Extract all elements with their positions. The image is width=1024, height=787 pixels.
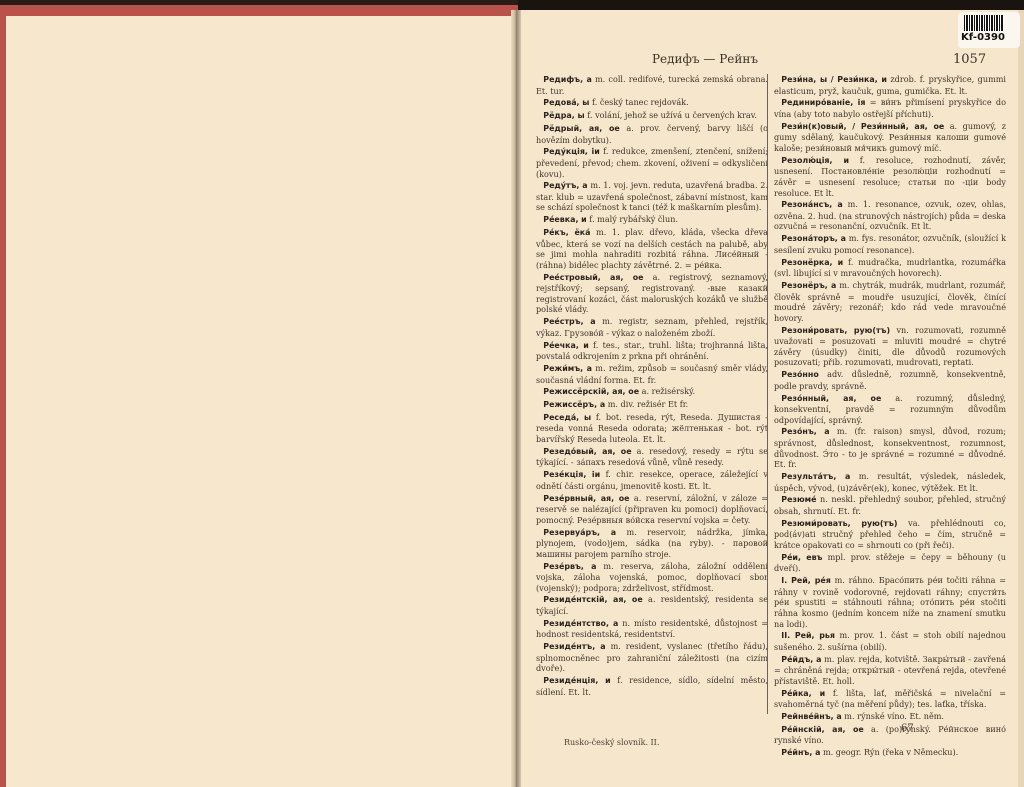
dictionary-entry: Резиде́нтскій, ая, ое a. residentský, re…	[536, 594, 768, 616]
running-head: Редифъ — Рейнъ	[605, 52, 805, 66]
left-blank-page	[6, 16, 511, 787]
headword: Ре́евка, и	[543, 215, 586, 224]
headword: Режиссёрскій, ая, ое	[543, 387, 639, 396]
dictionary-entry: Рёдрый, ая, ое a. prov. červený, barvy l…	[536, 123, 768, 145]
headword: Резюми́ровать, рую(тъ)	[781, 519, 897, 528]
signature-mark: 67	[901, 723, 914, 734]
headword: Резиде́нтъ, а	[543, 642, 605, 651]
headword: Рее́стровый, ая, ое	[543, 273, 643, 282]
dictionary-entry: Резюме́ n. neskl. přehledný soubor, přeh…	[774, 494, 1006, 516]
dictionary-entry: Ре́евка, и f. malý rybářský člun.	[536, 214, 768, 226]
dictionary-entry: Редифъ, а m. coll. redifové, turecká zem…	[536, 74, 768, 96]
scan-background	[518, 0, 1024, 10]
dictionary-entry: Рези́н(к)овый, / Рези́нный, ая, ое a. gu…	[774, 121, 1006, 154]
definition: a. režisérský.	[639, 386, 695, 396]
dictionary-entry: Резонёрка, и f. mudračka, mudrlantka, ro…	[774, 257, 1006, 279]
headword: Ре́йдъ, а	[781, 655, 821, 664]
dictionary-entry: Реду́тъ, а m. 1. voj. jevn. reduta, uzav…	[536, 180, 768, 213]
dictionary-entry: Рейнве́йнъ, а m. rýnské víno. Et. něm.	[774, 711, 1006, 723]
headword: Рези́н(к)овый, / Рези́нный, ая, ое	[781, 122, 944, 131]
left-column: Редифъ, а m. coll. redifové, turecká zem…	[536, 74, 768, 699]
headword: Резе́рвъ, а	[543, 562, 596, 571]
dictionary-entry: Резе́рвный, ая, ое a. reservní, záložní,…	[536, 493, 768, 526]
headword: Рёдра, ы	[543, 111, 584, 120]
dictionary-entry: Режиссёрскій, ая, ое a. režisérský.	[536, 386, 768, 398]
dictionary-entry: Ре́йка, и f. lišta, lať, měřičská = nive…	[774, 688, 1006, 710]
definition: m. rýnské víno. Et. něm.	[842, 711, 944, 721]
dictionary-entry: Резе́кція, іи f. chir. resekce, operace,…	[536, 469, 768, 491]
dictionary-entry: Ре́йдъ, а m. plav. rejda, kotviště. Закр…	[774, 654, 1006, 687]
headword: Рёдрый, ая, ое	[543, 124, 619, 133]
dictionary-entry: Режиссёръ, а m. div. režisér Et fr.	[536, 399, 768, 411]
right-column: Рези́на, ы / Рези́нка, и zdrob. f. prysk…	[774, 74, 1006, 760]
dictionary-entry: Резо́нный, ая, ое a. rozumný, důsledný, …	[774, 393, 1006, 426]
headword: Редова́, ы	[543, 98, 589, 107]
book-gutter	[511, 10, 521, 787]
page-edge	[1018, 10, 1024, 787]
dictionary-entry: Резона́торъ, а m. fys. resonátor, ozvučn…	[774, 233, 1006, 255]
dictionary-entry: Резони́ровать, рую(тъ) vn. rozumovati, r…	[774, 325, 1006, 368]
definition: f. volání, jehož se užívá u červených kr…	[585, 110, 757, 120]
dictionary-entry: Рёдра, ы f. volání, jehož se užívá u čer…	[536, 110, 768, 122]
headword: Реду́кція, іи	[543, 147, 599, 156]
dictionary-entry: II. Рей, рья m. prov. 1. část = stoh obi…	[774, 630, 1006, 652]
dictionary-entry: Рее́стровый, ая, ое a. registrový, sezna…	[536, 272, 768, 315]
dictionary-entry: Резервуа́ръ, а m. reservoir, nádržka, jí…	[536, 527, 768, 560]
dictionary-entry: Резиде́нція, и f. residence, sídlo, síde…	[536, 675, 768, 697]
headword: Резо́нный, ая, ое	[781, 394, 881, 403]
dictionary-entry: Ре́ечка, и f. tes., star., truhl. lišta;…	[536, 340, 768, 362]
page-number: 1057	[953, 52, 986, 67]
dictionary-entry: Ре́йнскій, ая, ое a. (po)rýnský. Ре́йнск…	[774, 724, 1006, 746]
headword: Резона́нсъ, а	[781, 200, 842, 209]
headword: Резолю́ція, и	[781, 156, 849, 165]
dictionary-entry: Режи́мъ, а m. režim, způsob = současný s…	[536, 363, 768, 385]
definition: m. geogr. Rýn (řeka v Německu).	[820, 747, 958, 757]
headword: Ре́йнскій, ая, ое	[781, 725, 863, 734]
headword: I. Рей, ре́я	[781, 576, 831, 585]
cover-top-edge	[0, 0, 520, 5]
headword: Резедо́вый, ая, ое	[543, 447, 631, 456]
headword: Рези́на, ы / Рези́нка, и	[781, 75, 887, 84]
headword: Резервуа́ръ, а	[543, 528, 616, 537]
headword: Ре́къ, ёка́	[543, 228, 590, 237]
dictionary-entry: Резолю́ція, и f. resoluce, rozhodnutí, z…	[774, 155, 1006, 198]
dictionary-entry: Резе́рвъ, а m. reserva, záloha, záložní …	[536, 561, 768, 594]
headword: Режиссёръ, а	[543, 400, 605, 409]
dictionary-entry: Ре́къ, ёка́ m. 1. plav. dřevo, kláda, vš…	[536, 227, 768, 270]
definition: m. div. režisér Et fr.	[605, 399, 688, 409]
definition: f. malý rybářský člun.	[587, 214, 678, 224]
dictionary-entry: Резиде́нтъ, а m. resident, vyslanec (tře…	[536, 641, 768, 674]
dictionary-entry: Резюми́ровать, рую(тъ) va. přehlédnouti …	[774, 518, 1006, 551]
headword: Режи́мъ, а	[543, 364, 592, 373]
headword: Резюме́	[781, 495, 816, 504]
dictionary-entry: Резо́нъ, а m. (fr. raison) smysl, důvod,…	[774, 426, 1006, 469]
headword: Редифъ, а	[543, 75, 592, 84]
headword: Резе́рвный, ая, ое	[543, 494, 629, 503]
dictionary-entry: Реду́кція, іи f. redukce, zmenšení, zten…	[536, 146, 768, 179]
headword: II. Рей, рья	[781, 631, 835, 640]
headword: Ре́ечка, и	[543, 341, 589, 350]
headword: Резона́торъ, а	[781, 234, 846, 243]
dictionary-entry: Ре́и, евъ mpl. prov. stěžeje = čepy = bě…	[774, 552, 1006, 574]
dictionary-entry: Резонёръ, а m. chytrák, mudrák, mudrlant…	[774, 280, 1006, 323]
headword: Ре́йка, и	[781, 689, 825, 698]
headword: Резиде́нтство, а	[543, 619, 618, 628]
library-barcode-label: Kf-0390	[958, 12, 1020, 48]
headword: Резонёрка, и	[781, 258, 843, 267]
headword: Рейнве́йнъ, а	[781, 712, 841, 721]
dictionary-entry: Резедо́вый, ая, ое a. resedový, resedy =…	[536, 446, 768, 468]
headword: Резо́нно	[781, 370, 818, 379]
dictionary-entry: Редова́, ы f. český tanec rejdovák.	[536, 97, 768, 109]
dictionary-entry: I. Рей, ре́я m. ráhno. Брасо́пить ре́и t…	[774, 575, 1006, 629]
headword: Резони́ровать, рую(тъ)	[781, 326, 890, 335]
headword: Результа́тъ, а	[781, 472, 850, 481]
dictionary-entry: Рединиро́ваніе, ія = ви́нъ přimísení pry…	[774, 97, 1006, 119]
headword: Реседа́, ы	[543, 413, 591, 422]
shelf-code: Kf-0390	[961, 32, 1005, 43]
dictionary-entry: Резона́нсъ, а m. 1. resonance, ozvuk, oz…	[774, 199, 1006, 232]
dictionary-entry: Ре́йнъ, а m. geogr. Rýn (řeka v Německu)…	[774, 747, 1006, 759]
headword: Рединиро́ваніе, ія	[781, 98, 865, 107]
dictionary-entry: Рее́стръ, а m. registr, seznam, přehled,…	[536, 316, 768, 338]
headword: Реду́тъ, а	[543, 181, 587, 190]
barcode-icon	[964, 15, 1004, 31]
headword: Резо́нъ, а	[781, 427, 829, 436]
dictionary-entry: Реседа́, ы f. bot. reseda, rýt, Reseda. …	[536, 412, 768, 445]
definition: f. český tanec rejdovák.	[589, 97, 688, 107]
headword: Резонёръ, а	[781, 281, 836, 290]
dictionary-entry: Резо́нно adv. důsledně, rozumně, konsekv…	[774, 369, 1006, 391]
footer-title: Rusko-český slovník. II.	[564, 738, 659, 747]
dictionary-entry: Рези́на, ы / Рези́нка, и zdrob. f. prysk…	[774, 74, 1006, 96]
headword: Рее́стръ, а	[543, 317, 595, 326]
headword: Резиде́нтскій, ая, ое	[543, 595, 642, 604]
dictionary-entry: Результа́тъ, а m. resultát, výsledek, ná…	[774, 471, 1006, 493]
headword: Ре́йнъ, а	[781, 748, 820, 757]
headword: Резиде́нція, и	[543, 676, 610, 685]
column-divider	[767, 74, 768, 714]
dictionary-entry: Резиде́нтство, а n. místo residentské, d…	[536, 618, 768, 640]
headword: Ре́и, евъ	[781, 553, 822, 562]
headword: Резе́кція, іи	[543, 470, 600, 479]
